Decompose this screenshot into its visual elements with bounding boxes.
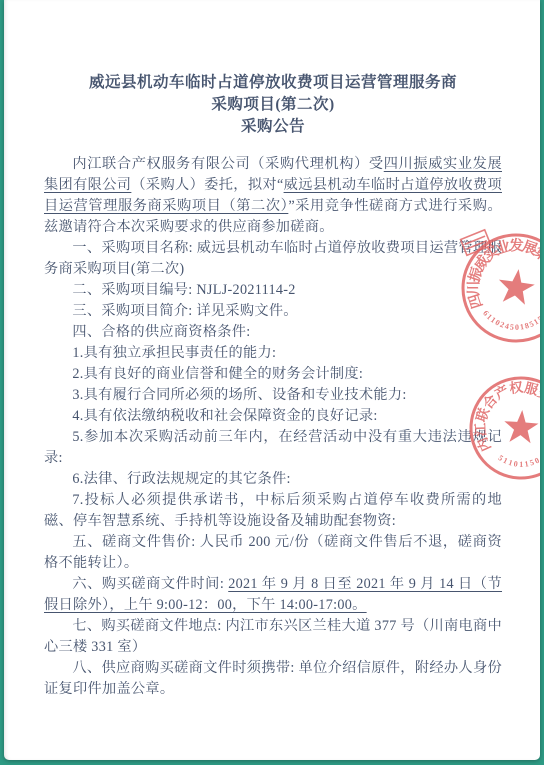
document-paragraph: 7.投标人必须提供承诺书，中标后须采购占道停车收费所需的地磁、停车智慧系统、手持… bbox=[44, 490, 502, 532]
document-paragraph: 四、合格的供应商资格条件: bbox=[44, 322, 502, 343]
svg-text:服: 服 bbox=[523, 380, 540, 398]
svg-text:8: 8 bbox=[524, 321, 530, 331]
document-title-line-3: 采购公告 bbox=[44, 116, 502, 138]
svg-text:务: 务 bbox=[535, 385, 540, 406]
document-title-line-2: 采购项目(第二次) bbox=[44, 94, 502, 116]
svg-text:发: 发 bbox=[508, 236, 524, 254]
svg-text:权: 权 bbox=[509, 379, 525, 397]
document-paragraph: 二、采购项目编号: NJLJ-2021114-2 bbox=[44, 280, 502, 301]
document-paragraph: 七、购买磋商文件地点: 内江市东兴区兰桂大道 377 号（川南电商中心三楼 33… bbox=[44, 616, 502, 658]
document-content: 威远县机动车临时占道停放收费项目运营管理服务商 采购项目(第二次) 采购公告 内… bbox=[44, 72, 502, 700]
svg-text:5: 5 bbox=[509, 322, 514, 331]
document-paragraph: 内江联合产权服务有限公司（采购代理机构）受四川振威实业发展集团有限公司（采购人）… bbox=[44, 154, 502, 238]
svg-text:集: 集 bbox=[531, 242, 540, 265]
document-page: 威远县机动车临时占道停放收费项目运营管理服务商 采购项目(第二次) 采购公告 内… bbox=[4, 0, 540, 760]
document-paragraph: 1.具有独立承担民事责任的能力: bbox=[44, 343, 502, 364]
svg-text:4: 4 bbox=[504, 321, 510, 331]
svg-text:5: 5 bbox=[536, 314, 540, 324]
scanned-document-canvas: { "page": { "background_color": "#2e9a84… bbox=[0, 0, 544, 765]
svg-text:0: 0 bbox=[513, 459, 518, 468]
document-paragraph: 6.法律、行政法规规定的其它条件: bbox=[44, 469, 502, 490]
document-paragraph: 5.参加本次采购活动前三年内，在经营活动中没有重大违法违规记录: bbox=[44, 427, 502, 469]
document-paragraph: 三、采购项目简介: 详见采购文件。 bbox=[44, 301, 502, 322]
document-paragraph: 3.具有履行合同所必须的场所、设备和专业技术能力: bbox=[44, 385, 502, 406]
svg-text:0: 0 bbox=[515, 323, 519, 332]
svg-text:1: 1 bbox=[519, 460, 523, 469]
svg-text:1: 1 bbox=[532, 317, 540, 327]
document-paragraph: 六、购买磋商文件时间: 2021 年 9 月 8 日至 2021 年 9 月 1… bbox=[44, 574, 502, 616]
document-paragraph: 八、供应商购买磋商文件时须携带: 单位介绍信原件，附经办人身份证复印件加盖公章。 bbox=[44, 658, 502, 700]
svg-text:5: 5 bbox=[528, 319, 535, 329]
document-paragraph: 2.具有良好的商业信誉和健全的财务会计制度: bbox=[44, 364, 502, 385]
document-paragraph: 4.具有依法缴纳税收和社会保障资金的良好记录: bbox=[44, 406, 502, 427]
svg-text:5: 5 bbox=[529, 458, 536, 468]
document-paragraph: 五、磋商文件售价: 人民币 200 元/份（磋商文件售后不退，磋商资格不能转让）… bbox=[44, 532, 502, 574]
svg-text:1: 1 bbox=[502, 456, 509, 466]
svg-text:展: 展 bbox=[520, 238, 540, 259]
document-body: 内江联合产权服务有限公司（采购代理机构）受四川振威实业发展集团有限公司（采购人）… bbox=[44, 154, 502, 700]
svg-text:司: 司 bbox=[538, 303, 540, 326]
svg-text:0: 0 bbox=[533, 456, 540, 466]
document-paragraph: 一、采购项目名称: 威远县机动车临时占道停放收费项目运营管理服务商采购项目(第二… bbox=[44, 238, 502, 280]
svg-text:1: 1 bbox=[507, 458, 513, 468]
svg-text:1: 1 bbox=[524, 459, 529, 469]
document-title-line-1: 威远县机动车临时占道停放收费项目运营管理服务商 bbox=[44, 72, 502, 94]
svg-text:1: 1 bbox=[519, 322, 524, 332]
